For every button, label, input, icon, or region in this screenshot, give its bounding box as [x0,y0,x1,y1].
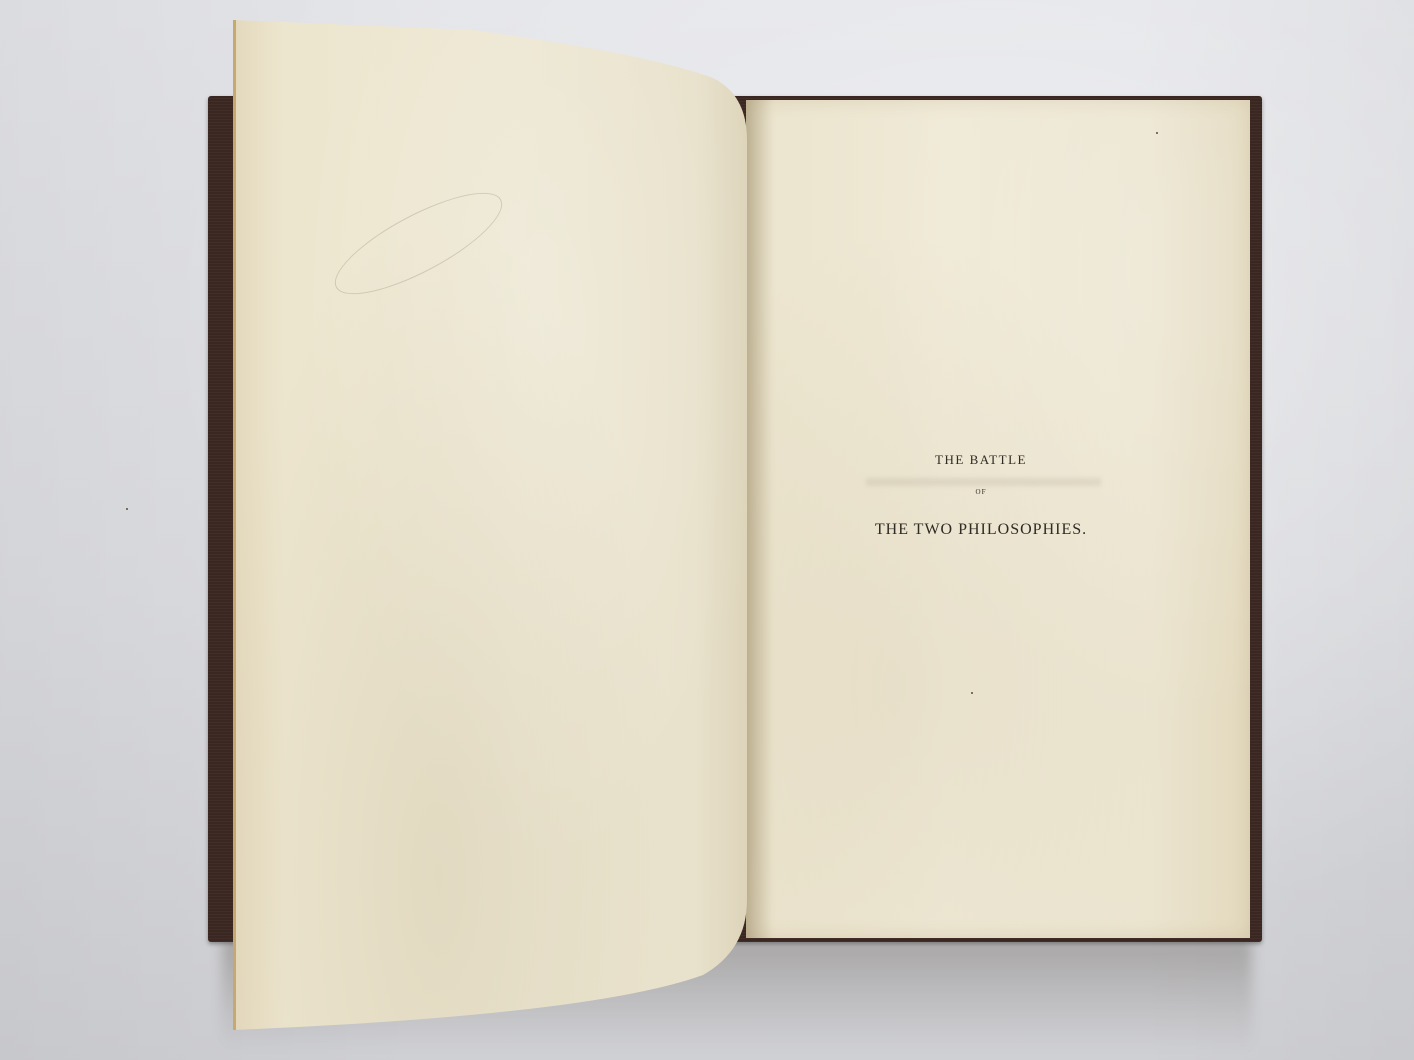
title-line-two-philosophies: THE TWO PHILOSOPHIES. [746,521,1216,539]
right-page [746,100,1250,938]
paper-speck [1156,132,1158,134]
title-line-of: OF [746,488,1216,496]
title-line-the-battle: THE BATTLE [746,452,1216,468]
left-page-edge [233,20,236,1030]
table-speck [126,508,128,510]
left-page-flyleaf [233,20,747,1030]
show-through-text [866,478,1101,486]
paper-speck [971,692,973,694]
page-gutter [746,100,772,938]
